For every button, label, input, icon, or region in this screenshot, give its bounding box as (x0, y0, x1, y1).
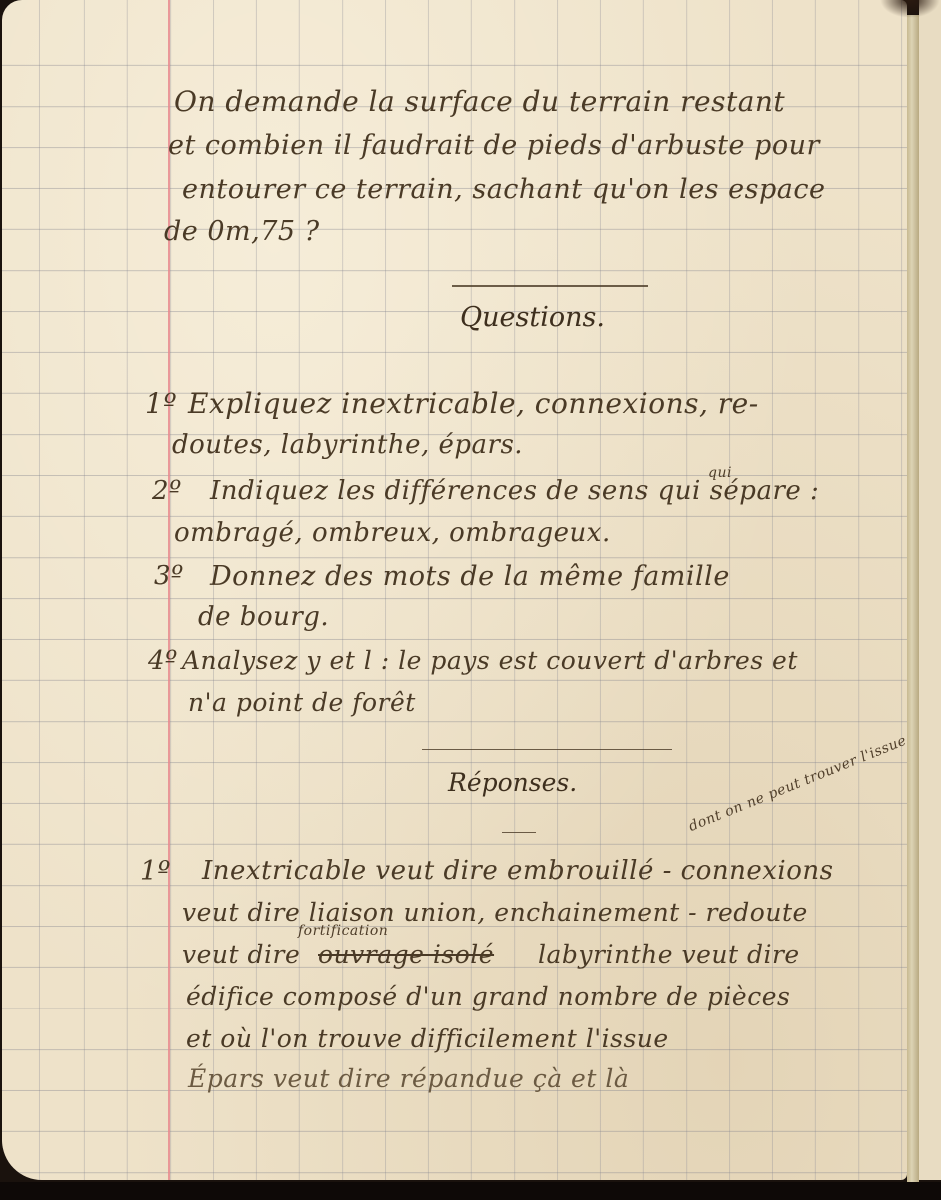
questions-heading-rule (452, 285, 648, 287)
question-3-number: 3º (154, 563, 184, 589)
questions-heading: Questions. (460, 302, 605, 333)
problem-line-1: On demande la surface du terrain restant (174, 88, 785, 116)
problem-line-2: et combien il faudrait de pieds d'arbust… (168, 132, 820, 159)
answers-heading: Réponses. (448, 768, 577, 797)
problem-line-3: entourer ce terrain, sachant qu'on les e… (182, 176, 825, 203)
answer-1-line-1: Inextricable veut dire embrouillé - conn… (202, 858, 833, 884)
notebook-page: On demande la surface du terrain restant… (2, 0, 907, 1180)
question-4-number: 4º (148, 648, 178, 674)
answers-heading-rule (422, 749, 672, 750)
binding-gutter (907, 15, 919, 1185)
question-2-insertion: qui (708, 466, 732, 480)
answer-1-line-4: édifice composé d'un grand nombre de piè… (186, 984, 790, 1009)
binding-shadow (880, 0, 940, 18)
question-3-line-1: Donnez des mots de la même famille (210, 563, 730, 590)
question-2-number: 2º (152, 478, 182, 504)
answer-1-struck-text: ouvrage isolé (318, 942, 494, 967)
question-1-line-2: doutes, labyrinthe, épars. (172, 432, 523, 458)
adjacent-page-edge (919, 0, 941, 1180)
question-2-line-2: ombragé, ombreux, ombrageux. (174, 520, 611, 546)
question-4-line-2: n'a point de forêt (188, 690, 416, 715)
question-2-line-1: Indiquez les différences de sens qui sép… (210, 478, 819, 504)
answer-1-line-6: Épars veut dire répandue çà et là (188, 1066, 629, 1091)
scan-background (0, 1182, 941, 1200)
question-1-number: 1º (145, 390, 177, 418)
answer-1-line-5: et où l'on trouve difficilement l'issue (186, 1026, 669, 1051)
question-4-line-1: Analysez y et l : le pays est couvert d'… (182, 648, 798, 673)
answer-1-number: 1º (140, 858, 171, 885)
answer-1-insertion-fortification: fortification (298, 924, 388, 938)
answer-1-line-2: veut dire liaison union, enchainement - … (182, 900, 808, 925)
answer-1-line-3b: labyrinthe veut dire (538, 942, 800, 967)
problem-line-4: de 0m,75 ? (164, 218, 320, 245)
question-1-line-1: Expliquez inextricable, connexions, re- (188, 390, 759, 418)
answers-short-rule (502, 832, 536, 833)
answer-1-line-3: veut dire (182, 942, 300, 967)
question-3-line-2: de bourg. (198, 604, 329, 630)
